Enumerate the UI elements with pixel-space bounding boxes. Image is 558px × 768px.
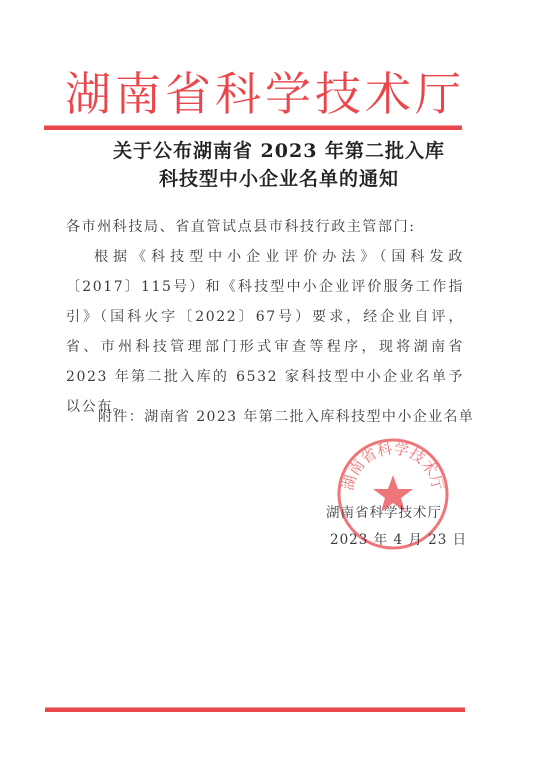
attachment-note: 附件：湖南省 2023 年第二批入库科技型中小企业名单 [98,406,474,426]
document-title-line-2: 科技型中小企业名单的通知 [40,164,518,191]
footer-red-rule [45,707,465,712]
masthead-red-rule [44,125,462,130]
signature-organization: 湖南省科学技术厅 [326,501,442,521]
signature-date: 2023 年 4 月 23 日 [330,528,467,548]
salutation: 各市州科技局、省直管试点县市科技行政主管部门: [66,212,464,242]
document-title-line-1: 关于公布湖南省 2023 年第二批入库 [40,136,518,163]
masthead-issuer: 湖南省科学技术厅 [60,66,470,122]
body-paragraph: 根据《科技型中小企业评价办法》（国科发政〔2017〕115号）和《科技型中小企业… [66,242,464,422]
